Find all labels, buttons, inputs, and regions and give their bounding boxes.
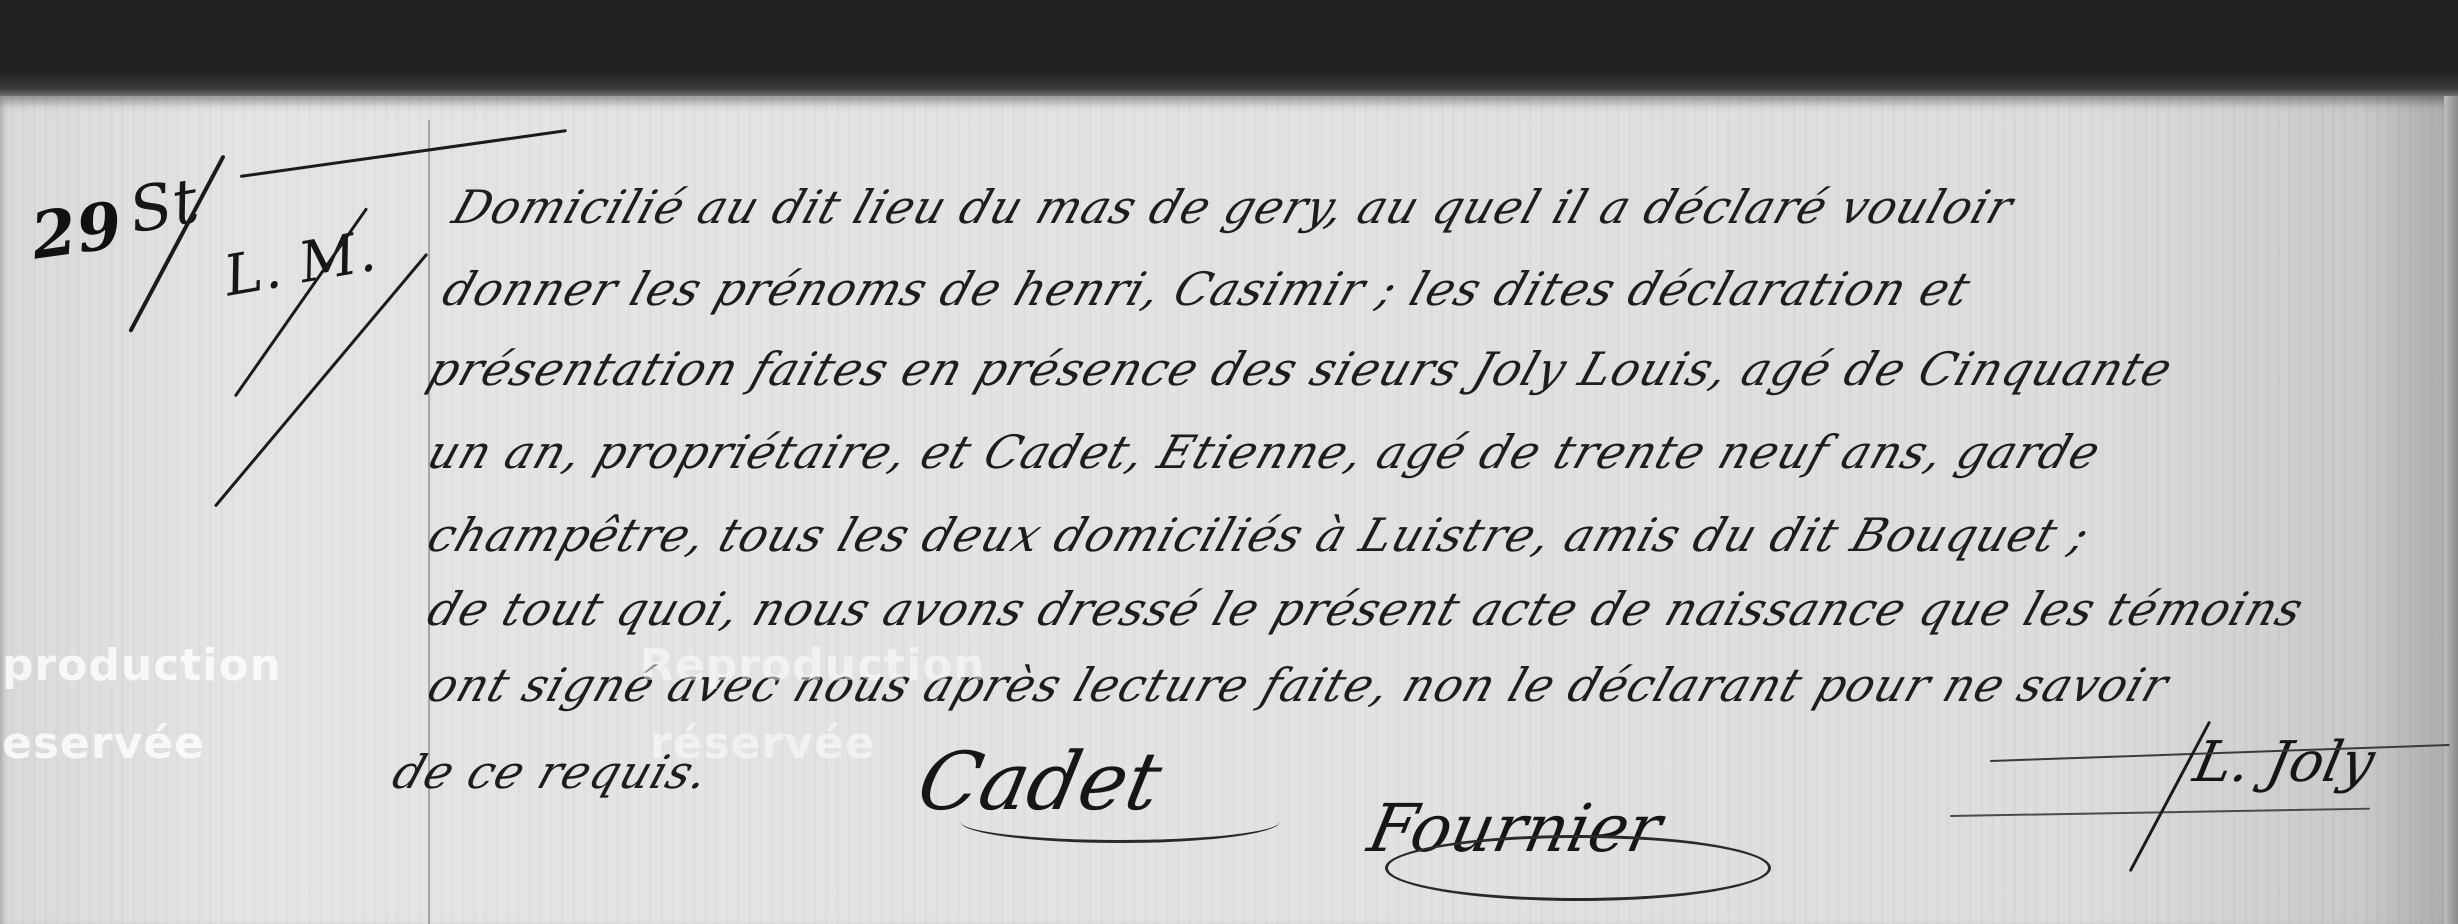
entry-number: 29 [27, 188, 128, 275]
text-line-2: donner les prénoms de henri, Casimir ; l… [436, 262, 1978, 316]
signature-joly: L. Joly [2188, 730, 2380, 795]
text-line-4: un an, propriétaire, et Cadet, Etienne, … [421, 425, 2108, 479]
text-line-1: Domicilié au dit lieu du mas de gery, au… [446, 180, 2020, 234]
margin-rule [428, 120, 430, 924]
page-right-edge [2444, 96, 2458, 924]
watermark-line-1: production [2, 640, 282, 691]
text-line-6: de tout quoi, nous avons dressé le prése… [421, 582, 2311, 636]
margin-annotation-1: St [124, 164, 205, 248]
signature-fournier-flourish [1385, 835, 1771, 901]
watermark-center-line-1: Reproduction [640, 640, 986, 691]
dark-top-band [0, 0, 2458, 96]
text-line-3: présentation faites en présence des sieu… [421, 342, 2180, 396]
watermark-center-line-2: réservée [650, 718, 876, 769]
signature-cadet-flourish [960, 800, 1280, 843]
watermark-line-2: eservée [2, 718, 205, 769]
text-line-5: champêtre, tous les deux domiciliés à Lu… [421, 508, 2097, 562]
